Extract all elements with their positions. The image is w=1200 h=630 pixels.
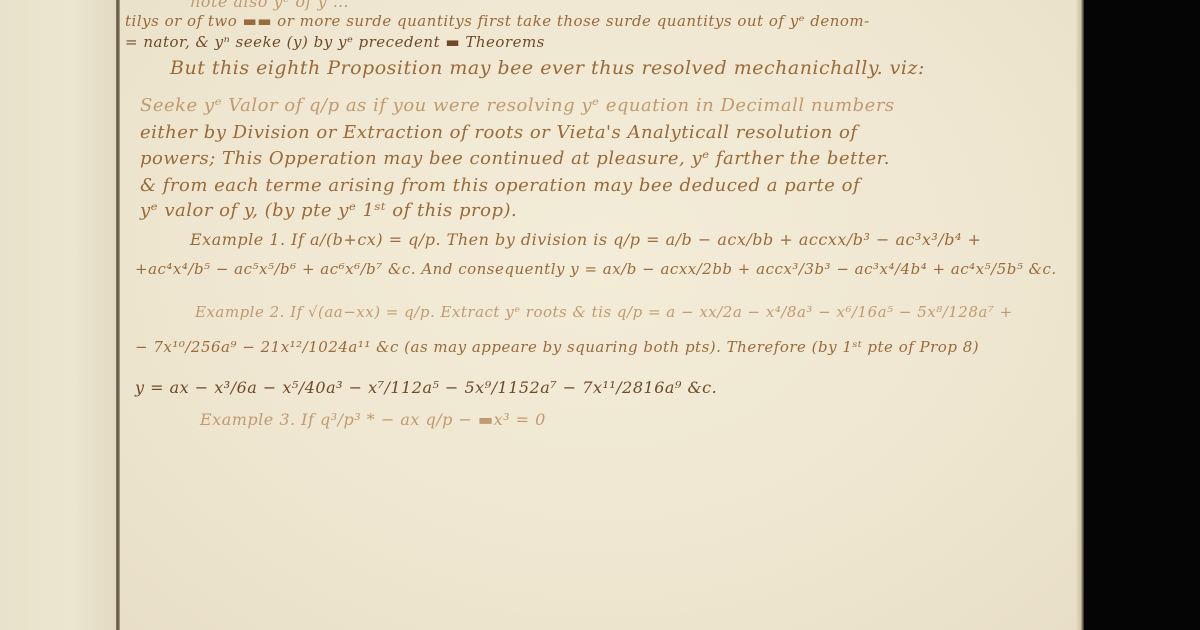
text-line-9: Example 1. If a/(b+cx) = q/p. Then by di…	[190, 230, 981, 249]
text-line-3: But this eighth Proposition may bee ever…	[170, 57, 925, 79]
text-line-1: tilys or of two ▬▬ or more surde quantit…	[125, 12, 870, 30]
text-line-5: either by Division or Extraction of root…	[140, 122, 858, 143]
text-line-14: Example 3. If q³/p³ * − ax q/p − ▬x³ = 0	[200, 410, 546, 429]
text-line-2: = nator, & yⁿ seeke (y) by yᵉ precedent …	[125, 33, 545, 51]
black-backdrop	[1084, 0, 1200, 630]
text-line-10: +ac⁴x⁴/b⁵ − ac⁵x⁵/b⁶ + ac⁶x⁶/b⁷ &c. And …	[135, 260, 1057, 278]
text-line-7: & from each terme arising from this oper…	[140, 175, 860, 196]
text-line-4: Seeke yᵉ Valor of q/p as if you were res…	[140, 95, 895, 116]
page-edge	[1076, 0, 1084, 630]
text-line-11: Example 2. If √(aa−xx) = q/p. Extract yᵉ…	[195, 303, 1013, 321]
text-line-0: note also yᵉ of y …	[190, 0, 349, 11]
left-facing-page	[0, 0, 118, 630]
text-line-12: − 7x¹⁰/256a⁹ − 21x¹²/1024a¹¹ &c (as may …	[135, 338, 979, 356]
text-line-8: yᵉ valor of y, (by pte yᵉ 1ˢᵗ of this pr…	[140, 200, 517, 221]
text-line-13: y = ax − x³/6a − x⁵/40a³ − x⁷/112a⁵ − 5x…	[135, 378, 717, 397]
text-line-6: powers; This Opperation may bee continue…	[140, 148, 890, 169]
